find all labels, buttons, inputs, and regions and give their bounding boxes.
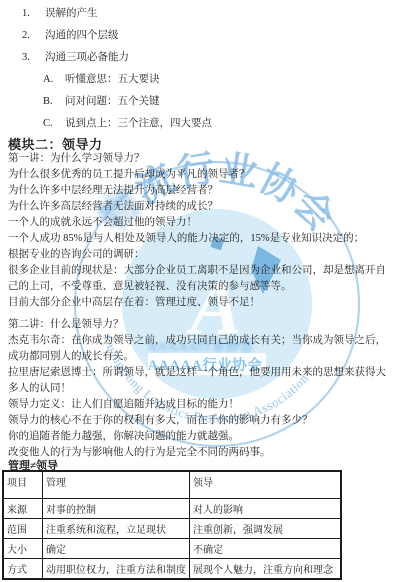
table-header-cell: 项目 (3, 471, 43, 499)
outline-item-number: A. (43, 69, 65, 91)
outline-subitem: C. 说到点上：三个注意，四大要点 (43, 113, 212, 135)
outline-item-number: 2. (22, 25, 45, 47)
document-content: 1. 误解的产生 2. 沟通的四个层级 3. 沟通三项必备能力 A. 听懂意思：… (0, 0, 400, 582)
outline-list: 1. 误解的产生 2. 沟通的四个层级 3. 沟通三项必备能力 A. 听懂意思：… (22, 3, 212, 135)
section-1-paragraphs: 第一讲：为什么学习领导力？ 为什么很多优秀的员工提升后却成为平凡的领导者？ 为什… (8, 151, 396, 311)
outline-subitem: A. 听懂意思：五大要诀 (43, 69, 212, 91)
outline-item-label: 听懂意思：五大要诀 (65, 69, 160, 91)
outline-item-number: 3. (22, 47, 45, 69)
table-header-row: 项目 管理 领导 (3, 471, 341, 499)
table-header-cell: 管理 (43, 471, 190, 499)
table-cell: 展现个人魅力，注重方向和理念 (190, 559, 342, 580)
table-cell: 注重创新，强调发展 (190, 519, 342, 539)
table-cell: 大小 (3, 539, 43, 559)
paragraph-line: 为什么很多优秀的员工提升后却成为平凡的领导者？ (8, 167, 396, 183)
paragraph-line: 领导力的核心不在于你的权利有多大，而在于你的影响力有多少？ (8, 413, 396, 429)
paragraph-line: 为什么许多高层经营者无法面对持续的成长？ (8, 199, 396, 215)
table-header-cell: 领导 (190, 471, 342, 499)
table-cell: 动用职位权力，注重方法和制度 (43, 559, 190, 580)
paragraph-line: 改变他人的行为与影响他人的行为是完全不同的两码事。 (8, 445, 396, 461)
paragraph-line: 第一讲：为什么学习领导力？ (8, 151, 396, 167)
paragraph-line: 目前大部分企业中高层存在着：管理过度、领导不足！ (8, 295, 396, 311)
table-row: 大小 确定 不确定 (3, 539, 341, 559)
paragraph-line: 第二讲：什么是领导力？ (8, 317, 396, 333)
outline-item-label: 误解的产生 (45, 3, 98, 25)
outline-item: 1. 误解的产生 (22, 3, 212, 25)
outline-item-label: 沟通的四个层级 (45, 25, 119, 47)
paragraph-line: 你的追随者能力越强，你解决问题的能力就越强。 (8, 429, 396, 445)
outline-item: 3. 沟通三项必备能力 (22, 47, 212, 69)
table-cell: 方式 (3, 559, 43, 580)
outline-item-label: 说到点上：三个注意，四大要点 (65, 113, 212, 135)
paragraph-line: 拉里唐尼索恩博士：所谓领导，就是这样一个角色，他要用用未来的思想来获得大多人的认… (8, 365, 396, 397)
outline-item-number: 1. (22, 3, 45, 25)
paragraph-line: 领导力定义：让人们自愿追随并达成目标的能力！ (8, 397, 396, 413)
table-cell: 对人的影响 (190, 499, 342, 519)
table-cell: 范围 (3, 519, 43, 539)
outline-item-number: B. (43, 91, 65, 113)
management-vs-leadership-table: 项目 管理 领导 来源 对事的控制 对人的影响 范围 注重系统和流程，立足现状 … (2, 470, 342, 580)
table-cell: 确定 (43, 539, 190, 559)
table-cell: 对事的控制 (43, 499, 190, 519)
paragraph-line: 一个人成功 85%是与人相处及领导人的能力决定的，15%是专业知识决定的； (8, 231, 396, 247)
table-row: 方式 动用职位权力，注重方法和制度 展现个人魅力，注重方向和理念 (3, 559, 341, 580)
paragraph-line: 根据专业的咨询公司的调研： (8, 247, 396, 263)
outline-item-label: 问对问题：五个关键 (65, 91, 160, 113)
document-page: A 物 流行业协会 GuangDong Logistics Profession… (0, 0, 400, 582)
paragraph-line: 一个人的成就永远不会超过他的领导力！ (8, 215, 396, 231)
outline-item-label: 沟通三项必备能力 (45, 47, 129, 69)
section-2-paragraphs: 第二讲：什么是领导力？ 杰克韦尔奇：在你成为领导之前，成功只同自己的成长有关；当… (8, 317, 396, 461)
paragraph-line: 为什么许多中层经理无法提升为高层经营者？ (8, 183, 396, 199)
table-cell: 注重系统和流程，立足现状 (43, 519, 190, 539)
paragraph-line: 很多企业目前的现状是：大部分企业员工离职不是因为企业和公司，却是想离开自己的上司… (8, 263, 396, 295)
table-row: 来源 对事的控制 对人的影响 (3, 499, 341, 519)
table-cell: 不确定 (190, 539, 342, 559)
outline-item: 2. 沟通的四个层级 (22, 25, 212, 47)
table-row: 范围 注重系统和流程，立足现状 注重创新，强调发展 (3, 519, 341, 539)
outline-item-number: C. (43, 113, 65, 135)
table-cell: 来源 (3, 499, 43, 519)
outline-subitem: B. 问对问题：五个关键 (43, 91, 212, 113)
paragraph-line: 杰克韦尔奇：在你成为领导之前，成功只同自己的成长有关；当你成为领导之后，成功都同… (8, 333, 396, 365)
